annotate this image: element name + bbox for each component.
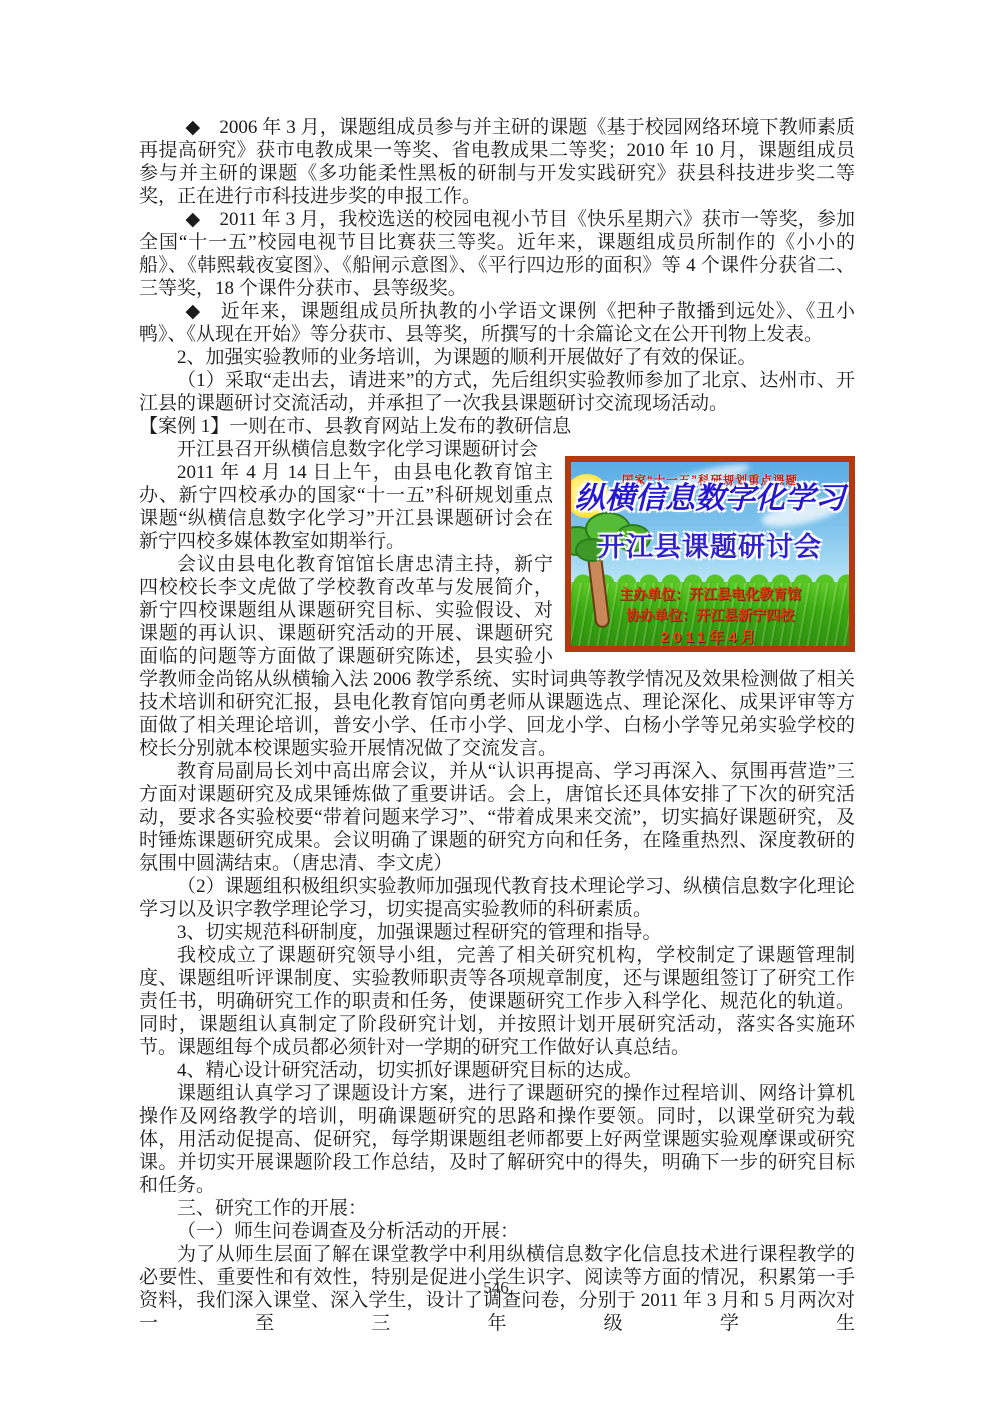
conference-banner-image: 国家“十一五”科研规划重点课题 纵横信息数字化学习 开江县课题研讨会 主办单位：…	[565, 456, 855, 652]
document-body: ◆ 2006 年 3 月，课题组成员参与并主研的课题《基于校园网络环境下教师素质…	[139, 116, 855, 1335]
item-2-2-theory-study: （2）课题组积极组织实验教师加强现代教育技术理论学习、纵横信息数字化理论学习以及…	[139, 875, 855, 921]
item-2-teacher-training: 2、加强实验教师的业务培训，为课题的顺利开展做好了有效的保证。	[139, 346, 855, 369]
banner-subtitle: 开江县课题研讨会	[571, 536, 849, 559]
bullet-2006-awards: ◆ 2006 年 3 月，课题组成员参与并主研的课题《基于校园网络环境下教师素质…	[139, 116, 855, 208]
item-3-detail: 我校成立了课题研究领导小组，完善了相关研究机构，学校制定了课题管理制度、课题组听…	[139, 944, 855, 1059]
bullet-2011-tv-awards: ◆ 2011 年 3 月，我校选送的校园电视小节目《快乐星期六》获市一等奖，参加…	[139, 208, 855, 300]
banner-title: 纵横信息数字化学习	[571, 487, 849, 510]
case-1-heading: 【案例 1】一则在市、县教育网站上发布的教研信息	[139, 415, 855, 438]
section-3-1-heading: （一）师生问卷调查及分析活动的开展：	[139, 1220, 855, 1243]
page-number: 546	[0, 1278, 992, 1298]
bullet-recent-lessons: ◆ 近年来，课题组成员所执教的小学语文课例《把种子散播到远处》、《丑小鸭》、《从…	[139, 300, 855, 346]
item-4-detail: 课题组认真学习了课题设计方案，进行了课题研究的操作过程培训、网络计算机操作及网络…	[139, 1082, 855, 1197]
section-3-heading: 三、研究工作的开展：	[139, 1197, 855, 1220]
item-2-1-exchange: （1）采取“走出去，请进来”的方式，先后组织实验教师参加了北京、达州市、开江县的…	[139, 369, 855, 415]
item-4-research-activities: 4、精心设计研究活动，切实抓好课题研究目标的达成。	[139, 1059, 855, 1082]
banner-co-organizer: 协办单位：开江县新宁四校	[571, 604, 849, 627]
case-1-news-p3: 教育局副局长刘中高出席会议，并从“认识再提高、学习再深入、氛围再营造”三方面对课…	[139, 760, 855, 875]
banner-date: 2011年4月	[571, 626, 849, 649]
document-page: ◆ 2006 年 3 月，课题组成员参与并主研的课题《基于校园网络环境下教师素质…	[0, 0, 992, 1403]
item-3-research-system: 3、切实规范科研制度，加强课题过程研究的管理和指导。	[139, 921, 855, 944]
banner-organizer: 主办单位：开江县电化教育馆	[571, 583, 849, 606]
